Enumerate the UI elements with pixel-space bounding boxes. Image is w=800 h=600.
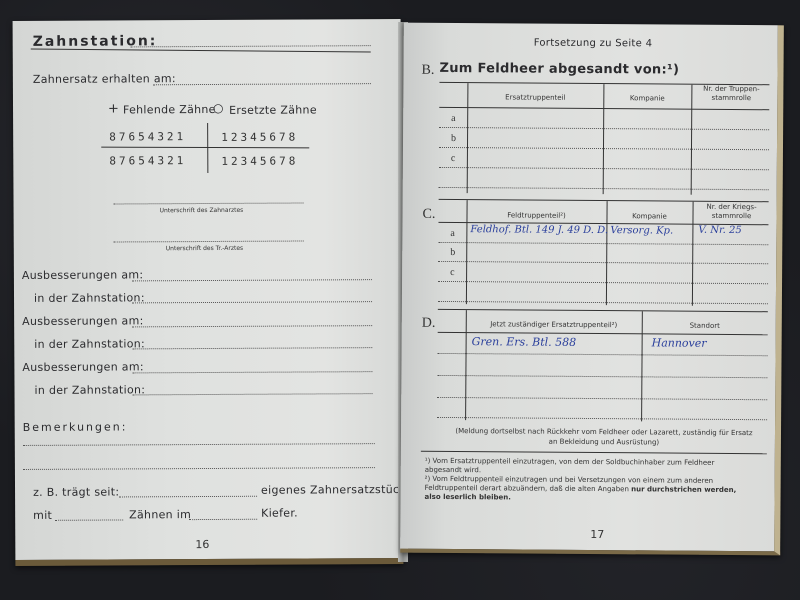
teeth-count-field[interactable] bbox=[55, 519, 123, 520]
section-c-row-a-roll-number[interactable]: V. Nr. 25 bbox=[698, 225, 741, 236]
repairs-3-station-label: in der Zahnstation: bbox=[34, 383, 145, 397]
section-b-row-c-label: c bbox=[451, 153, 456, 164]
repairs-1-label: Ausbesserungen am: bbox=[22, 268, 144, 282]
missing-teeth-label: Fehlende Zähne bbox=[123, 103, 216, 116]
remarks-label: Bemerkungen: bbox=[23, 420, 128, 434]
continuation-heading: Fortsetzung zu Seite 4 bbox=[534, 38, 653, 50]
right-page-17: Fortsetzung zu Seite 4 B. Zum Feldheer a… bbox=[400, 23, 784, 556]
wears-since-label: z. B. trägt seit: bbox=[33, 485, 119, 498]
own-denture-label: eigenes Zahnersatzstück bbox=[261, 483, 406, 497]
repairs-2-date-field[interactable] bbox=[132, 325, 372, 327]
left-page-16: Zahnstation: Zahnersatz erhalten am: + F… bbox=[13, 19, 404, 566]
section-c-row-a[interactable] bbox=[438, 242, 768, 245]
page-number-17: 17 bbox=[590, 528, 604, 541]
section-d: D. Jetzt zuständiger Ersatztruppenteil²)… bbox=[404, 23, 778, 26]
repairs-3-date-field[interactable] bbox=[132, 371, 372, 373]
section-d-row-4[interactable] bbox=[437, 417, 767, 420]
repairs-2-station-field[interactable] bbox=[132, 347, 372, 349]
teeth-horizontal-divider bbox=[101, 147, 309, 149]
repairs-section: Ausbesserungen am: in der Zahnstation: A… bbox=[13, 19, 401, 21]
denture-received-field[interactable] bbox=[153, 83, 371, 85]
teeth-chart: 87654321 12345678 87654321 12345678 bbox=[13, 19, 401, 21]
teeth-vertical-divider bbox=[207, 123, 208, 173]
section-c-header-roll-number: Nr. der Kriegs-stammrolle bbox=[694, 203, 768, 222]
section-d-row-1-unit[interactable]: Gren. Ers. Btl. 588 bbox=[472, 335, 577, 349]
remarks-line-1[interactable] bbox=[23, 443, 375, 446]
section-c-header-company: Kompanie bbox=[606, 212, 692, 222]
footnote-2-line-2-normal: Feldtruppenteil derart abzuändern, daß d… bbox=[425, 484, 632, 493]
section-c-row-b-label: b bbox=[450, 247, 455, 258]
footnote-2-line-3: also leserlich bleiben. bbox=[425, 493, 511, 503]
footnote-2-line-2-bold: nur durchstrichen werden, bbox=[631, 485, 736, 494]
circle-icon: ○ bbox=[213, 101, 224, 115]
medical-officer-signature-label: Unterschrift des Tr.-Arztes bbox=[166, 245, 243, 252]
section-c-row-c-label: c bbox=[450, 267, 455, 278]
teeth-lower-right[interactable]: 87654321 bbox=[109, 154, 186, 167]
section-c-row-b[interactable] bbox=[438, 261, 768, 264]
section-b: B. Zum Feldheer abgesandt von:¹) Ersatzt… bbox=[404, 23, 778, 26]
section-d-header-location: Standort bbox=[642, 321, 768, 331]
footnotes: ¹) Vom Ersatztruppenteil einzutragen, vo… bbox=[404, 23, 778, 26]
dentist-signature-field[interactable] bbox=[114, 202, 304, 204]
section-b-header-company: Kompanie bbox=[603, 94, 691, 104]
dental-station-title: Zahnstation: bbox=[33, 33, 158, 50]
section-d-row-1-location[interactable]: Hannover bbox=[652, 336, 707, 349]
section-b-letter: B. bbox=[421, 63, 434, 79]
repairs-1-station-label: in der Zahnstation: bbox=[34, 291, 145, 305]
repairs-2-station-label: in der Zahnstation: bbox=[34, 337, 145, 351]
section-d-top-rule bbox=[438, 309, 768, 312]
repairs-1-date-field[interactable] bbox=[132, 279, 372, 281]
section-d-note-line-2: an Bekleidung und Ausrüstung) bbox=[439, 437, 769, 449]
section-c-letter: C. bbox=[422, 207, 435, 223]
section-c-header-unit: Feldtruppenteil²) bbox=[466, 211, 606, 221]
title-underline bbox=[31, 49, 371, 53]
section-c-row-extra[interactable] bbox=[438, 301, 768, 304]
teeth-upper-right[interactable]: 87654321 bbox=[109, 130, 186, 143]
section-d-row-1[interactable] bbox=[438, 353, 768, 356]
section-c-row-c[interactable] bbox=[438, 281, 768, 284]
section-d-row-3[interactable] bbox=[437, 397, 767, 400]
jaw-field[interactable] bbox=[189, 519, 257, 520]
wears-since-field[interactable] bbox=[119, 496, 257, 498]
section-d-row-2[interactable] bbox=[437, 375, 767, 378]
repairs-1-station-field[interactable] bbox=[132, 301, 372, 303]
with-label: mit bbox=[33, 509, 52, 522]
medical-officer-signature-field[interactable] bbox=[114, 240, 304, 242]
section-b-header-roll-number: Nr. der Truppen-stammrolle bbox=[693, 85, 769, 104]
section-d-header-unit: Jetzt zuständiger Ersatztruppenteil²) bbox=[466, 320, 642, 330]
jaw-label: Kiefer. bbox=[261, 507, 298, 520]
section-c-row-a-unit[interactable]: Feldhof. Btl. 149 J. 49 D. D. bbox=[470, 224, 608, 236]
teeth-lower-left[interactable]: 12345678 bbox=[221, 155, 298, 168]
page-number-16: 16 bbox=[195, 538, 209, 551]
section-b-row-b-label: b bbox=[451, 133, 456, 144]
dentist-signature-label: Unterschrift des Zahnarztes bbox=[160, 207, 244, 214]
remarks-line-2[interactable] bbox=[23, 467, 375, 470]
footnote-rule bbox=[421, 451, 767, 454]
repairs-3-label: Ausbesserungen am: bbox=[22, 360, 144, 374]
section-c-row-a-label: a bbox=[450, 228, 455, 239]
replaced-teeth-label: Ersetzte Zähne bbox=[229, 103, 317, 116]
repairs-3-station-field[interactable] bbox=[133, 393, 373, 395]
section-b-row-a-label: a bbox=[451, 113, 456, 124]
section-b-title: Zum Feldheer abgesandt von:¹) bbox=[439, 61, 679, 78]
repairs-2-label: Ausbesserungen am: bbox=[22, 314, 144, 328]
section-c-top-rule bbox=[439, 199, 769, 202]
section-b-header-unit: Ersatztruppenteil bbox=[467, 93, 603, 103]
section-c-row-a-company[interactable]: Versorg. Kp. bbox=[610, 225, 673, 236]
teeth-upper-left[interactable]: 12345678 bbox=[221, 131, 298, 144]
dental-station-field[interactable] bbox=[131, 45, 371, 47]
section-c: C. Feldtruppenteil²) Kompanie Nr. der Kr… bbox=[404, 23, 778, 26]
plus-icon: + bbox=[108, 101, 119, 116]
section-d-letter: D. bbox=[422, 316, 436, 332]
teeth-in-label: Zähnen im bbox=[129, 508, 191, 521]
